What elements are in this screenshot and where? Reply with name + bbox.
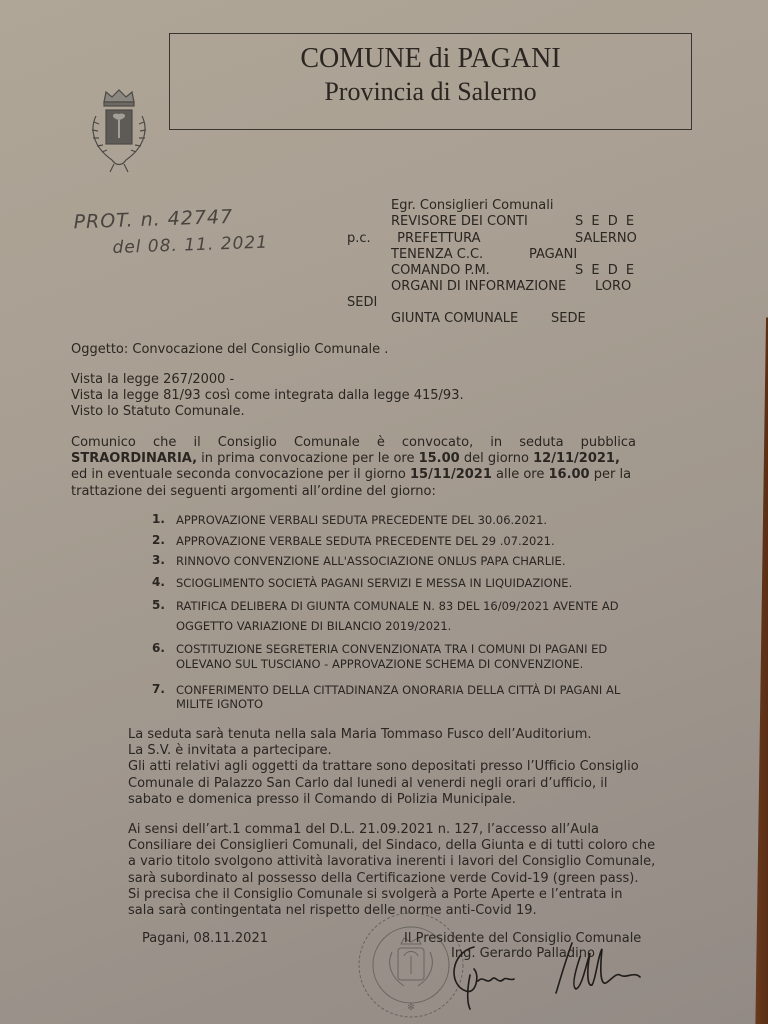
- recipient-name: COMANDO P.M.: [391, 263, 490, 279]
- letterhead: COMUNE di PAGANI Provincia di Salerno: [169, 33, 692, 130]
- convocation-line: trattazione dei seguenti argomenti all’o…: [71, 484, 636, 500]
- agenda-text: OGGETTO VARIAZIONE DI BILANCIO 2019/2021…: [176, 618, 451, 635]
- first-date: 12/11/2021,: [533, 451, 620, 466]
- text: in prima convocazione per le ore: [197, 451, 419, 466]
- agenda-text: MILITE IGNOTO: [176, 696, 263, 713]
- session-type: STRAORDINARIA,: [71, 451, 197, 466]
- agenda-number: 1.: [152, 512, 165, 526]
- recipient-name: REVISORE DEI CONTI: [391, 214, 528, 230]
- first-time: 15.00: [419, 451, 460, 466]
- recipient-name: GIUNTA COMUNALE: [391, 311, 518, 327]
- note-line: Gli atti relativi agli oggetti da tratta…: [128, 759, 643, 775]
- recipient-dest: LORO: [595, 279, 631, 295]
- convocation-line: Comunico che il Consiglio Comunale è con…: [71, 435, 636, 451]
- protocol-handwritten: PROT. n. 42747 del 08. 11. 2021: [73, 205, 268, 260]
- agenda-number: 6.: [152, 641, 165, 655]
- agenda-number: 7.: [152, 682, 165, 696]
- agenda-number: 4.: [152, 575, 165, 589]
- convocation-line: ed in eventuale seconda convocazione per…: [71, 467, 636, 483]
- agenda-text: APPROVAZIONE VERBALE SEDUTA PRECEDENTE D…: [176, 533, 555, 550]
- recipient-dest: SEDE: [551, 311, 586, 327]
- covid-paragraph: Ai sensi dell’art.1 comma1 del D.L. 21.0…: [128, 822, 643, 919]
- note-line: sabato e domenica presso il Comando di P…: [128, 792, 643, 808]
- agenda-text: OLEVANO SUL TUSCIANO - APPROVAZIONE SCHE…: [176, 656, 583, 673]
- recipient-dest: S E D E: [575, 263, 636, 279]
- notes-paragraph: La seduta sarà tenuta nella sala Maria T…: [128, 727, 643, 808]
- recipient-dest: S E D E: [575, 214, 636, 230]
- pc-label: p.c.: [347, 231, 371, 247]
- subject-line: Oggetto: Convocazione del Consiglio Comu…: [71, 342, 388, 358]
- recipient-dest: SALERNO: [575, 231, 637, 247]
- covid-line: sarà subordinato al possesso della Certi…: [128, 871, 643, 887]
- recipient-dest: PAGANI: [529, 247, 577, 263]
- letterhead-title: COMUNE di PAGANI: [170, 42, 691, 76]
- document-page: COMUNE di PAGANI Provincia di Salerno PR…: [0, 0, 768, 1024]
- place-date: Pagani, 08.11.2021: [142, 931, 268, 947]
- text: del giorno: [460, 451, 533, 466]
- text: ed in eventuale seconda convocazione per…: [71, 467, 410, 482]
- covid-line: a vario titolo svolgono attività lavorat…: [128, 854, 643, 870]
- covid-line: Si precisa che il Consiglio Comunale si …: [128, 887, 643, 903]
- reference-line: Vista la legge 267/2000 -: [71, 372, 234, 388]
- agenda-text: RATIFICA DELIBERA DI GIUNTA COMUNALE N. …: [176, 598, 619, 615]
- agenda-number: 3.: [152, 553, 165, 567]
- protocol-number: PROT. n. 42747: [73, 205, 267, 234]
- covid-line: Ai sensi dell’art.1 comma1 del D.L. 21.0…: [128, 822, 643, 838]
- note-line: Comunale di Palazzo San Carlo dal lunedi…: [128, 776, 643, 792]
- signature-icon: [440, 935, 690, 1010]
- recipient-sedi: SEDI: [347, 295, 377, 311]
- agenda-text: APPROVAZIONE VERBALI SEDUTA PRECEDENTE D…: [176, 512, 547, 529]
- letterhead-subtitle: Provincia di Salerno: [170, 76, 691, 108]
- agenda-number: 5.: [152, 598, 165, 612]
- reference-line: Visto lo Statuto Comunale.: [71, 404, 245, 420]
- agenda-text: RINNOVO CONVENZIONE ALL'ASSOCIAZIONE ONL…: [176, 553, 565, 570]
- recipient-name: PREFETTURA: [393, 231, 480, 247]
- recipient-name: TENENZA C.C.: [391, 247, 483, 263]
- recipient-name: ORGANI DI INFORMAZIONE: [391, 279, 566, 295]
- svg-text:✻: ✻: [407, 1003, 415, 1013]
- table-edge: [754, 0, 768, 1024]
- covid-line: Consiliare dei Consiglieri Comunali, del…: [128, 838, 643, 854]
- text: per la: [590, 467, 631, 482]
- second-time: 16.00: [548, 467, 589, 482]
- convocation-line: STRAORDINARIA, in prima convocazione per…: [71, 451, 636, 467]
- note-line: La seduta sarà tenuta nella sala Maria T…: [128, 727, 643, 743]
- recipient-name: Egr. Consiglieri Comunali: [391, 198, 553, 214]
- agenda-text: SCIOGLIMENTO SOCIETÀ PAGANI SERVIZI E ME…: [176, 575, 572, 592]
- agenda-number: 2.: [152, 533, 165, 547]
- second-date: 15/11/2021: [410, 467, 492, 482]
- note-line: La S.V. è invitata a partecipare.: [128, 743, 643, 759]
- text: alle ore: [492, 467, 549, 482]
- reference-line: Vista la legge 81/93 così come integrata…: [71, 388, 464, 404]
- protocol-date: del 08. 11. 2021: [112, 233, 268, 258]
- convocation-paragraph: Comunico che il Consiglio Comunale è con…: [71, 435, 636, 500]
- coat-of-arms-icon: [82, 88, 156, 174]
